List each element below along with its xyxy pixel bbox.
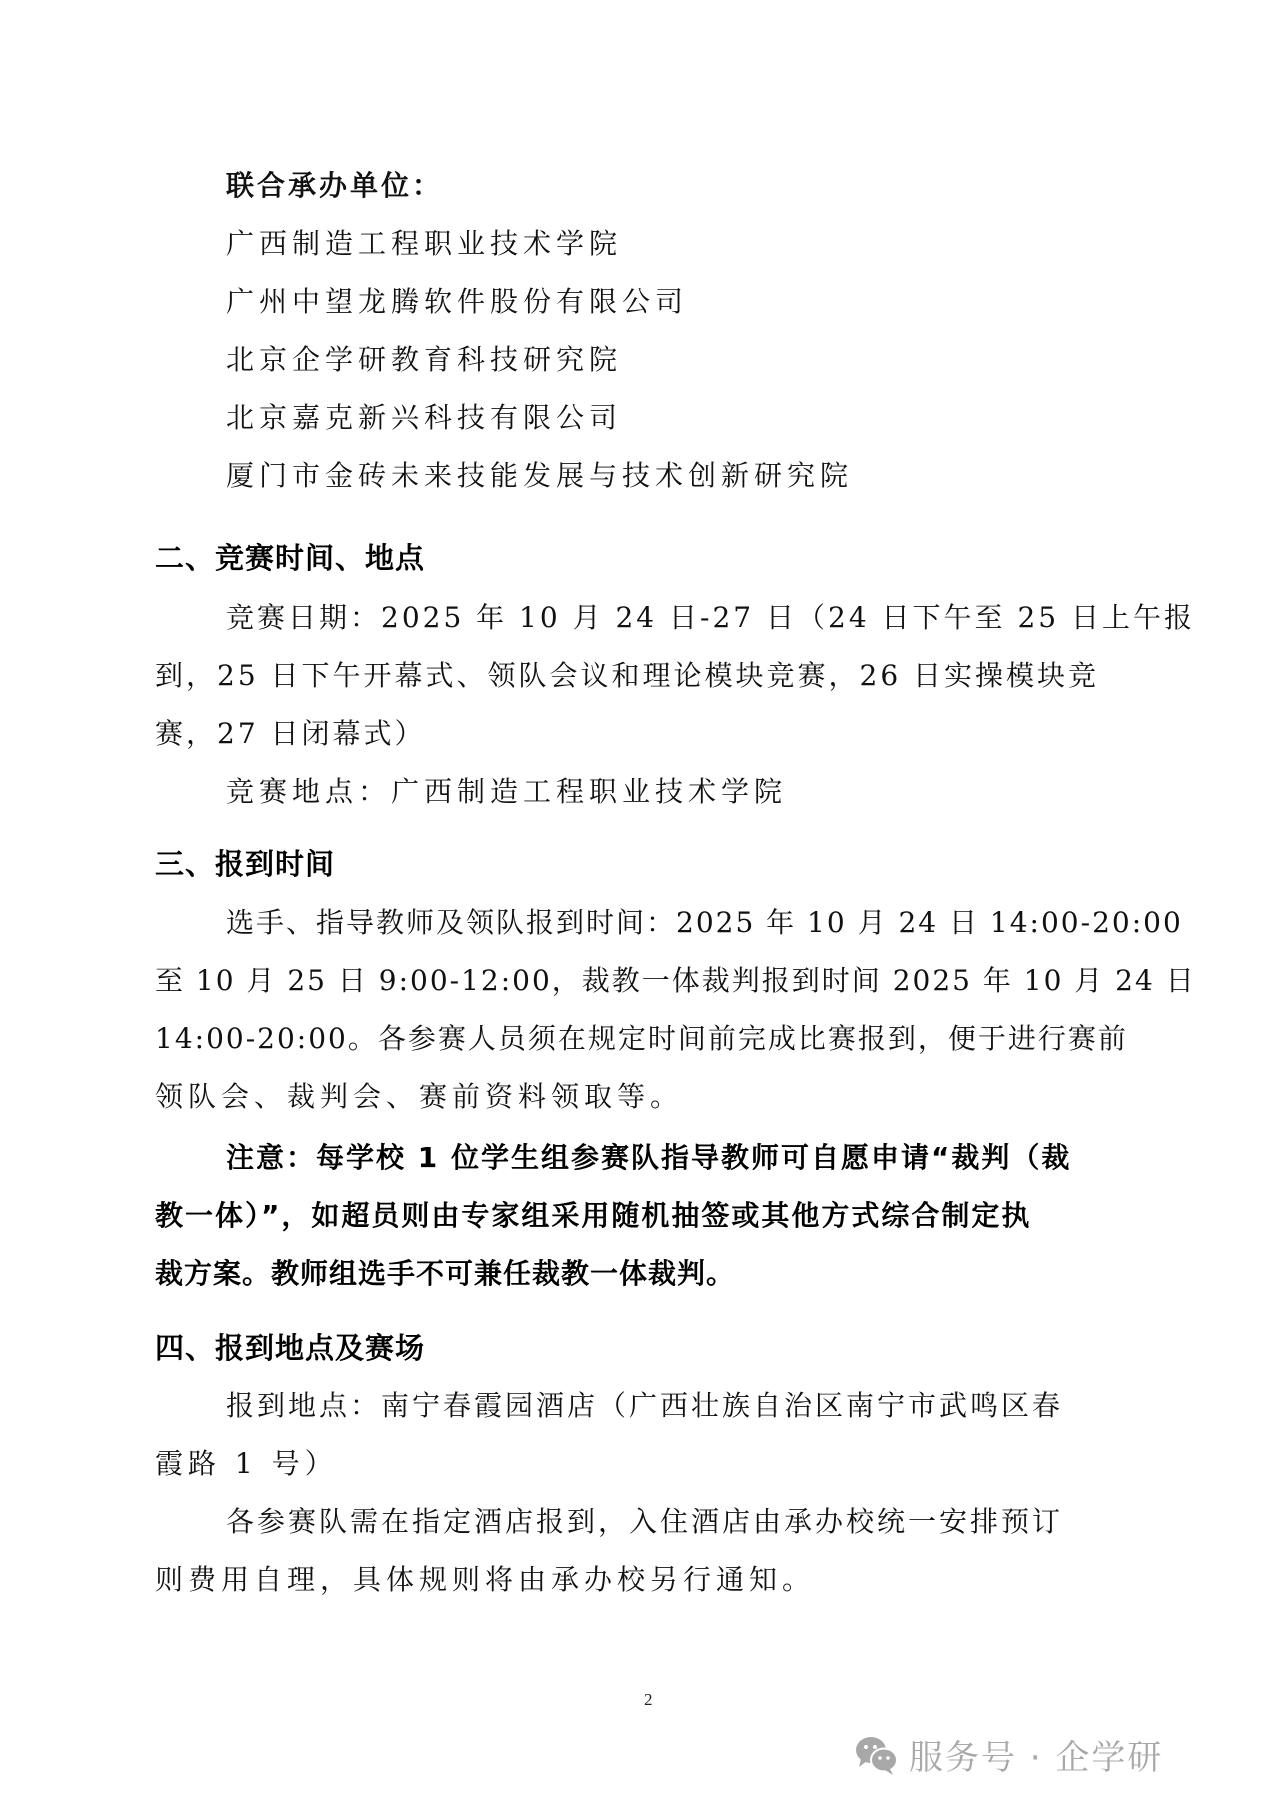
referee-note-line: 裁方案。教师组选手不可兼任裁教一体裁判。 [155,1256,735,1292]
watermark-text: 服务号 · 企学研 [909,1730,1163,1779]
co-organizer-item: 广州中望龙腾软件股份有限公司 [226,284,688,320]
wechat-icon [855,1735,899,1775]
registration-time-line: 至 10 月 25 日 9:00-12:00，裁教一体裁判报到时间 2025 年… [155,963,1196,999]
registration-location-line: 霞路 1 号） [155,1446,338,1482]
document-page: 联合承办单位： 广西制造工程职业技术学院 广州中望龙腾软件股份有限公司 北京企学… [0,0,1280,1810]
co-organizer-item: 北京嘉克新兴科技有限公司 [226,400,622,436]
section-heading-registration-time: 三、报到时间 [155,846,335,882]
registration-location-line: 报到地点：南宁春霞园酒店（广西壮族自治区南宁市武鸣区春 [226,1388,1063,1424]
co-organizer-item: 北京企学研教育科技研究院 [226,342,622,378]
watermark: 服务号 · 企学研 [855,1730,1163,1779]
page-number: 2 [644,1690,653,1710]
competition-date-line: 赛，27 日闭幕式） [155,716,426,752]
competition-date-line: 竞赛日期：2025 年 10 月 24 日-27 日（24 日下午至 25 日上… [226,600,1195,636]
registration-time-line: 领队会、裁判会、赛前资料领取等。 [155,1079,683,1115]
co-organizer-item: 厦门市金砖未来技能发展与技术创新研究院 [226,458,853,494]
section-heading-competition-time-venue: 二、竞赛时间、地点 [155,540,425,576]
competition-venue: 竞赛地点：广西制造工程职业技术学院 [226,774,787,810]
hotel-arrangement-line: 则费用自理，具体规则将由承办校另行通知。 [155,1562,815,1598]
section-heading-registration-location: 四、报到地点及赛场 [155,1330,425,1366]
registration-time-line: 14:00-20:00。各参赛人员须在规定时间前完成比赛报到，便于进行赛前 [155,1021,1128,1057]
competition-date-line: 到，25 日下午开幕式、领队会议和理论模块竞赛，26 日实操模块竞 [155,658,1099,694]
hotel-arrangement-line: 各参赛队需在指定酒店报到，入住酒店由承办校统一安排预订 [226,1504,1063,1540]
co-organizer-item: 广西制造工程职业技术学院 [226,226,622,262]
co-organizers-title: 联合承办单位： [226,168,443,204]
registration-time-line: 选手、指导教师及领队报到时间：2025 年 10 月 24 日 14:00-20… [226,905,1183,941]
referee-note-line: 教一体）”，如超员则由专家组采用随机抽签或其他方式综合制定执 [155,1198,1031,1234]
referee-note-line: 注意：每学校 1 位学生组参赛队指导教师可自愿申请“裁判（裁 [226,1140,1071,1176]
